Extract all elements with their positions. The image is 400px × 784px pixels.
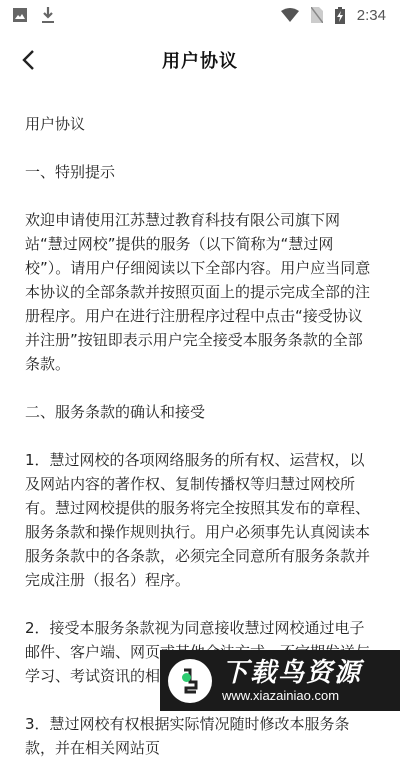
document-heading: 用户协议 [25,112,377,136]
section-heading-special-notice: 一、特别提示 [25,160,377,184]
status-bar: 2:34 [0,0,400,30]
paragraph-clause-1: 1．慧过网校的各项网络服务的所有权、运营权，以及网站内容的著作权、复制传播权等归… [25,448,377,592]
battery-charging-icon [335,7,345,24]
status-left [12,6,56,24]
logo-dot [182,673,191,682]
back-button[interactable] [12,44,44,76]
paragraph-intro: 欢迎申请使用江苏慧过教育科技有限公司旗下网站“慧过网校”提供的服务（以下简称为“… [25,208,377,376]
app-bar: 用户协议 [0,30,400,90]
status-right: 2:34 [281,7,386,24]
status-time: 2:34 [357,7,386,24]
watermark-overlay: 下载鸟资源 www.xiazainiao.com [160,650,400,711]
watermark-title: 下载鸟资源 [222,658,362,688]
bird-logo-icon [168,659,212,703]
watermark-url: www.xiazainiao.com [222,688,362,704]
watermark-text: 下载鸟资源 www.xiazainiao.com [222,658,362,704]
no-sim-icon [311,7,323,23]
chevron-left-icon [21,49,35,71]
download-icon [40,6,56,24]
agreement-content[interactable]: 用户协议 一、特别提示 欢迎申请使用江苏慧过教育科技有限公司旗下网站“慧过网校”… [25,112,377,711]
wifi-icon [281,8,299,22]
image-icon [12,7,28,23]
section-heading-terms-acceptance: 二、服务条款的确认和接受 [25,400,377,424]
page-title: 用户协议 [162,47,238,73]
